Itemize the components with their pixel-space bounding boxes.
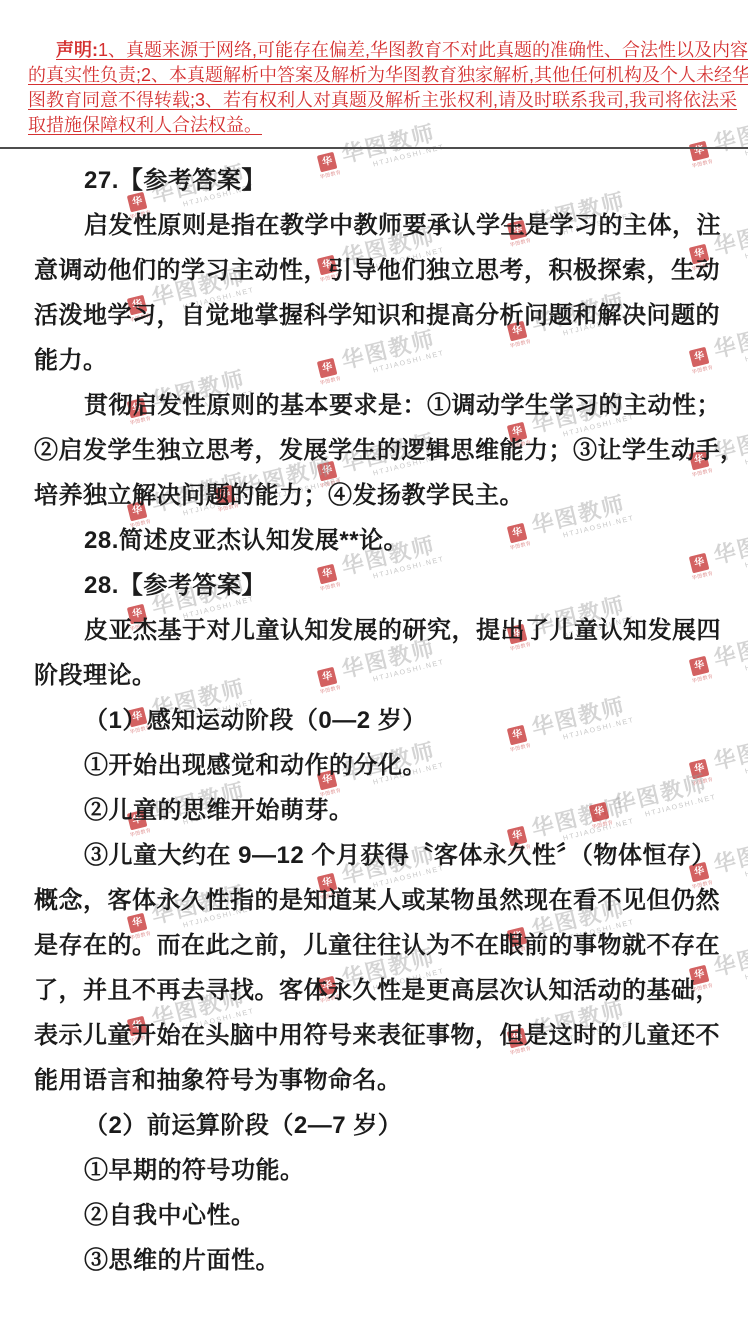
disclaimer-bold-prefix: 声明: bbox=[56, 40, 98, 60]
watermark-domain-text: HTJIAOSHI.NET bbox=[744, 957, 748, 982]
text-line: （2）前运算阶段（2—7 岁） bbox=[34, 1103, 720, 1148]
text-line: ③思维的片面性。 bbox=[34, 1238, 720, 1283]
disclaimer-line: 的真实性负责;2、本真题解析中答案及解析为华图教育独家解析,其他任何机构及个人未… bbox=[28, 63, 728, 88]
text-line: 28.简述皮亚杰认知发展**论。 bbox=[34, 518, 720, 563]
disclaimer-line: 声明:1、真题来源于网络,可能存在偏差,华图教育不对此真题的准确性、合法性以及内… bbox=[28, 38, 728, 63]
watermark-domain-text: HTJIAOSHI.NET bbox=[744, 751, 748, 776]
text-line: 启发性原则是指在教学中教师要承认学生是学习的主体，注 bbox=[34, 203, 720, 248]
watermark-domain-text: HTJIAOSHI.NET bbox=[744, 545, 748, 570]
disclaimer-line: 取措施保障权利人合法权益。 bbox=[28, 113, 728, 138]
watermark-domain-text: HTJIAOSHI.NET bbox=[744, 648, 748, 673]
answer-paragraph: 贯彻启发性原则的基本要求是：①调动学生学习的主动性；②启发学生独立思考，发展学生… bbox=[34, 383, 720, 518]
answer-paragraph: ③思维的片面性。 bbox=[34, 1238, 720, 1283]
answer-paragraph: ①早期的符号功能。 bbox=[34, 1148, 720, 1193]
answer-heading: 28.简述皮亚杰认知发展**论。 bbox=[34, 518, 720, 563]
text-line: ②自我中心性。 bbox=[34, 1193, 720, 1238]
watermark-domain-text: HTJIAOSHI.NET bbox=[744, 236, 748, 261]
watermark-domain-text: HTJIAOSHI.NET bbox=[744, 133, 748, 158]
answer-paragraph: 皮亚杰基于对儿童认知发展的研究，提出了儿童认知发展四阶段理论。 bbox=[34, 608, 720, 698]
disclaimer-line: 图教育同意不得转载;3、若有权利人对真题及解析主张权利,请及时联系我司,我司将依… bbox=[28, 88, 728, 113]
text-line: 皮亚杰基于对儿童认知发展的研究，提出了儿童认知发展四 bbox=[34, 608, 720, 653]
text-line: ②启发学生独立思考，发展学生的逻辑思维能力；③让学生动手， bbox=[34, 428, 720, 473]
text-line: 意调动他们的学习主动性，引导他们独立思考，积极探索，生动 bbox=[34, 248, 720, 293]
text-line: ③儿童大约在 9—12 个月获得〝客体永久性〞（物体恒存） bbox=[34, 833, 720, 878]
text-line: 了，并且不再去寻找。客体永久性是更高层次认知活动的基础， bbox=[34, 968, 720, 1013]
disclaimer-notice: 声明:1、真题来源于网络,可能存在偏差,华图教育不对此真题的准确性、合法性以及内… bbox=[28, 38, 728, 138]
text-line: ①开始出现感觉和动作的分化。 bbox=[34, 743, 720, 788]
section-divider-line bbox=[0, 147, 748, 149]
answer-paragraph: ②儿童的思维开始萌芽。 bbox=[34, 788, 720, 833]
document-page: 华华图教育华图教师HTJIAOSHI.NET华华图教育华图教师HTJIAOSHI… bbox=[0, 0, 748, 1335]
text-line: 28.【参考答案】 bbox=[34, 563, 720, 608]
answer-heading: 27.【参考答案】 bbox=[34, 158, 720, 203]
watermark-domain-text: HTJIAOSHI.NET bbox=[744, 854, 748, 879]
text-line: 概念，客体永久性指的是知道某人或某物虽然现在看不见但仍然 bbox=[34, 878, 720, 923]
text-line: 贯彻启发性原则的基本要求是：①调动学生学习的主动性； bbox=[34, 383, 720, 428]
text-line: ①早期的符号功能。 bbox=[34, 1148, 720, 1193]
text-line: 阶段理论。 bbox=[34, 653, 720, 698]
text-line: 能用语言和抽象符号为事物命名。 bbox=[34, 1058, 720, 1103]
answer-paragraph: 启发性原则是指在教学中教师要承认学生是学习的主体，注意调动他们的学习主动性，引导… bbox=[34, 203, 720, 383]
answer-paragraph: ①开始出现感觉和动作的分化。 bbox=[34, 743, 720, 788]
text-line: 能力。 bbox=[34, 338, 720, 383]
text-line: 27.【参考答案】 bbox=[34, 158, 720, 203]
answer-paragraph: （2）前运算阶段（2—7 岁） bbox=[34, 1103, 720, 1148]
text-line: ②儿童的思维开始萌芽。 bbox=[34, 788, 720, 833]
text-line: （1）感知运动阶段（0—2 岁） bbox=[34, 698, 720, 743]
text-line: 活泼地学习，自觉地掌握科学知识和提高分析问题和解决问题的 bbox=[34, 293, 720, 338]
watermark-domain-text: HTJIAOSHI.NET bbox=[744, 339, 748, 364]
text-line: 表示儿童开始在头脑中用符号来表征事物，但是这时的儿童还不 bbox=[34, 1013, 720, 1058]
answer-heading: 28.【参考答案】 bbox=[34, 563, 720, 608]
text-line: 是存在的。而在此之前，儿童往往认为不在眼前的事物就不存在 bbox=[34, 923, 720, 968]
answer-paragraph: ②自我中心性。 bbox=[34, 1193, 720, 1238]
text-line: 培养独立解决问题的能力；④发扬教学民主。 bbox=[34, 473, 720, 518]
answer-paragraph: ③儿童大约在 9—12 个月获得〝客体永久性〞（物体恒存）概念，客体永久性指的是… bbox=[34, 833, 720, 1103]
answer-paragraph: （1）感知运动阶段（0—2 岁） bbox=[34, 698, 720, 743]
answer-content: 27.【参考答案】启发性原则是指在教学中教师要承认学生是学习的主体，注意调动他们… bbox=[34, 158, 720, 1283]
